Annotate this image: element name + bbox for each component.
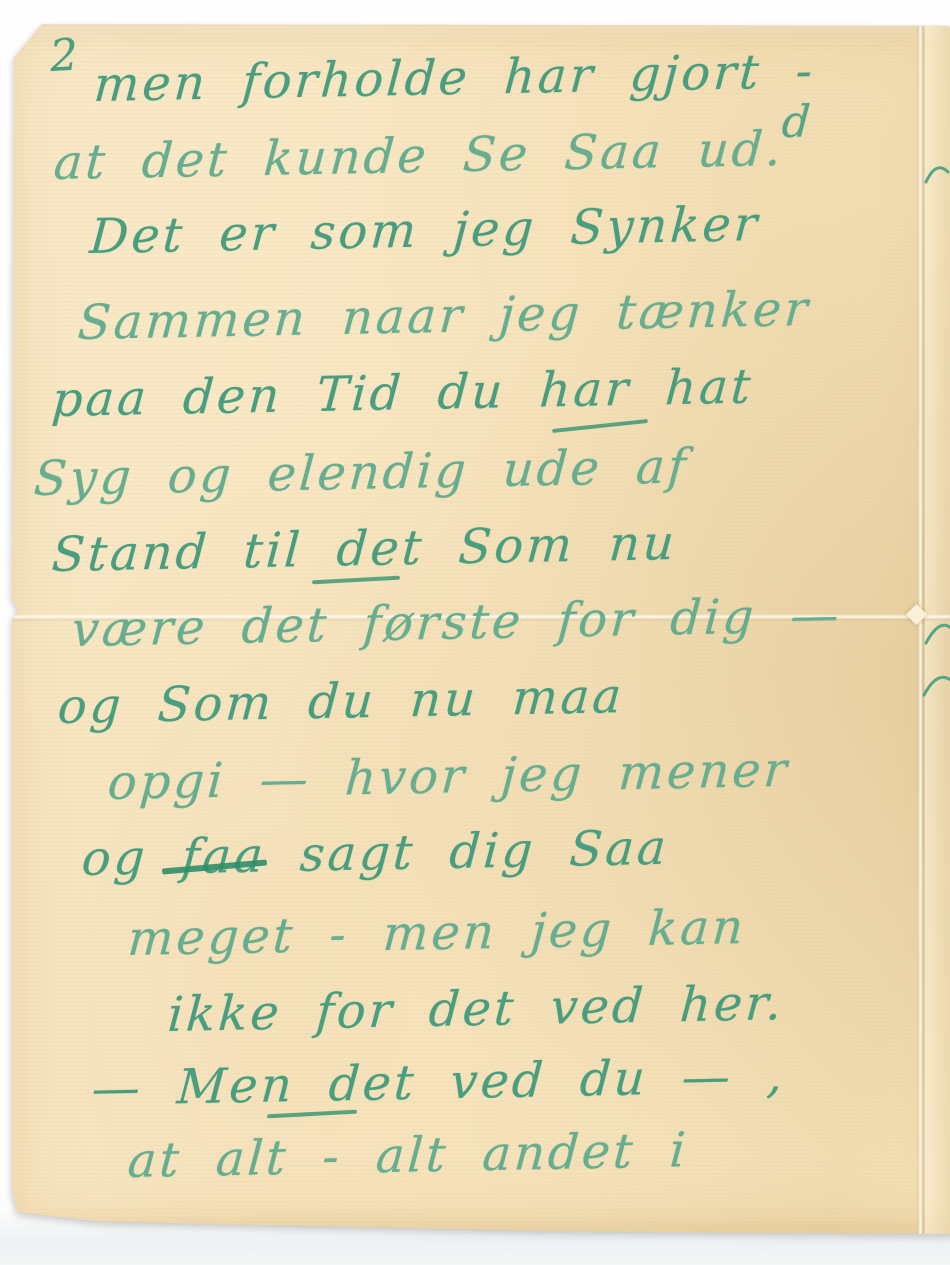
handwriting-line-1: men forholde har gjort -	[92, 40, 817, 116]
fold-wear-spot	[906, 604, 927, 625]
handwriting-line-3: Det er som jeg Synker	[88, 193, 762, 268]
vertical-fold-crease	[917, 24, 925, 1234]
handwriting-line-4: Sammen naar jeg tænker	[76, 278, 813, 354]
handwriting-line-2: at det kunde Se Saa ud.	[52, 118, 786, 194]
handwriting-line-14: — Men det ved du — ,	[90, 1045, 788, 1120]
handwriting-line-10: opgi — hvor jeg mener	[106, 739, 792, 814]
page-number: 2	[48, 24, 82, 88]
handwriting-line-8: være det første for dig —	[70, 584, 844, 661]
scan-background: 2 men forholde har gjort - d at det kund…	[0, 0, 950, 1265]
handwriting-line-15: at alt - alt andet i	[126, 1119, 690, 1192]
letter-page: 2 men forholde har gjort - d at det kund…	[12, 24, 950, 1234]
handwriting-line-12: meget - men jeg kan	[126, 896, 748, 970]
handwriting-line-5: paa den Tid du har hat	[50, 355, 755, 431]
handwriting-line-6: Syg og elendig ude af	[32, 435, 691, 510]
handwriting-line-13: ikke for det ved her.	[166, 972, 787, 1046]
handwriting-line-7: Stand til det Som nu	[50, 512, 679, 586]
letter-sheet-wrapper: 2 men forholde har gjort - d at det kund…	[12, 24, 950, 1234]
folded-page-edge	[925, 24, 950, 1234]
handwriting-line-11: og faa sagt dig Saa	[80, 817, 671, 890]
handwriting-line-9: og Som du nu maa	[56, 665, 626, 738]
adjacent-page-ink-mark-top	[920, 142, 950, 202]
adjacent-page-ink-mark-middle	[922, 609, 950, 719]
